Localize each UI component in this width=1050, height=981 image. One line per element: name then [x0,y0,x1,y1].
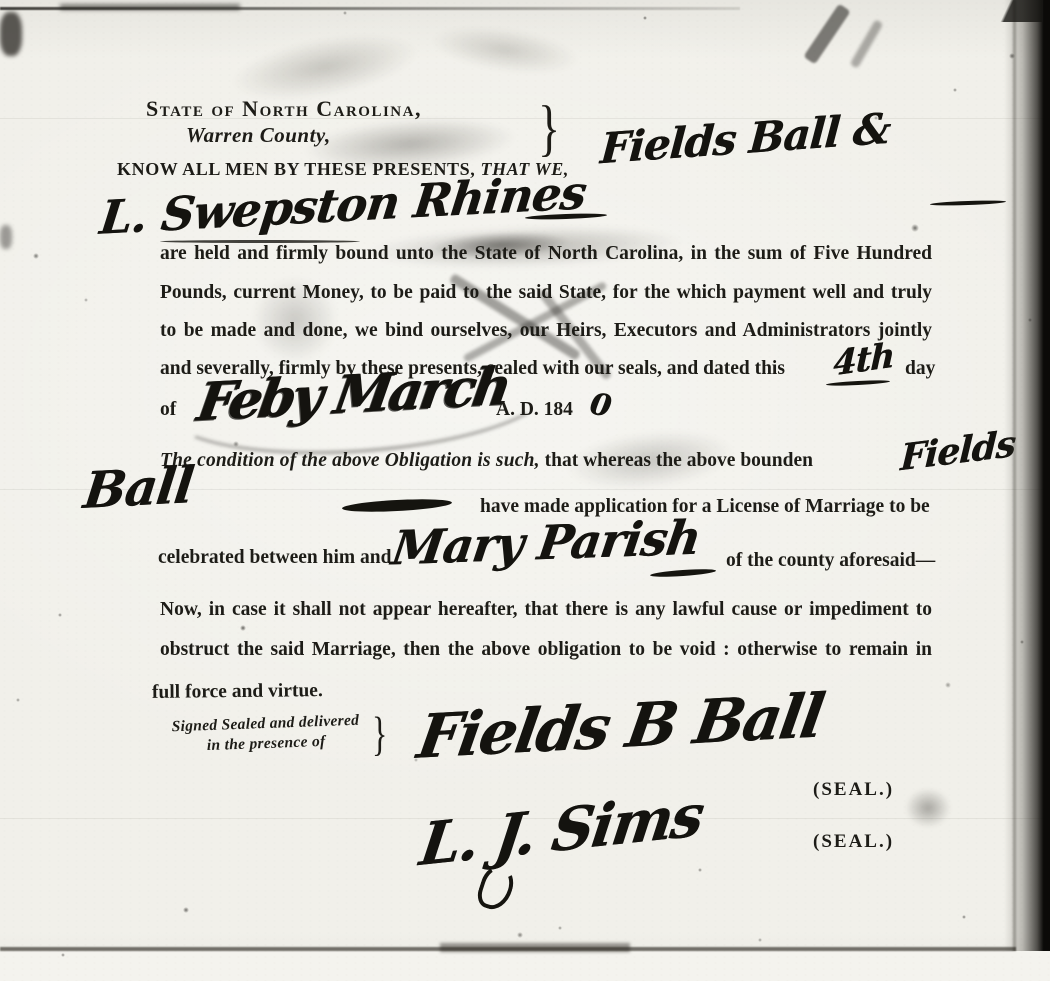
scan-bottom-edge-blot [440,943,630,952]
marriage-bond-scan: State of North Carolina, Warren County, … [0,0,1050,981]
condition-line-6: full force and virtue. [152,680,323,704]
edge-blot [0,12,22,56]
handwritten-day: 4th [833,335,895,384]
stray-pen-stroke [803,4,850,65]
bond-line-3: to be made and done, we bind ourselves, … [160,320,932,342]
edge-blot [0,225,12,249]
ink-blot [905,788,951,828]
attestation-line-2: in the presence of [172,731,360,758]
stray-pen-stroke [850,19,884,69]
attestation-block: Signed Sealed and delivered in the prese… [171,711,360,758]
condition-line-1-rest: that whereas the above bounden [545,450,813,471]
bond-line-2: Pounds, current Money, to be paid to the… [160,282,932,304]
signature-fields-b-ball: Fields B Ball [413,681,827,773]
condition-line-2: have made application for a License of M… [480,496,930,518]
handwritten-flourish-dash [650,568,716,579]
county-heading: Warren County, [186,123,331,148]
handwritten-groom-last: Ball [80,455,196,520]
seal-text-1: (SEAL.) [813,779,894,801]
handwritten-bride: Mary Parish [388,510,703,576]
scan-right-edge [1004,0,1050,981]
handwritten-year-digit: 0 [587,387,613,425]
condition-line-5: obstruct the said Marriage, then the abo… [160,639,932,661]
condition-line-4: Now, in case it shall not appear hereaft… [160,599,932,621]
bond-line-1: are held and firmly bound unto the State… [160,243,932,265]
bond-line-5-ad: A. D. 184 [496,399,573,421]
scan-top-edge-blot [60,4,240,10]
seal-text-2: (SEAL.) [813,831,894,853]
condition-line-3-start: celebrated between him and [158,547,391,569]
heading-brace: } [538,92,560,164]
handwritten-bondsman-1: Fields Ball & [599,104,892,174]
handwritten-dash [930,200,1006,207]
ghost-ink-smudge [428,18,583,82]
condition-line-1: The condition of the above Obligation is… [160,450,813,472]
condition-lead-emphasis: The condition of the above Obligation is… [160,450,540,471]
handwritten-heavy-dash [342,497,452,514]
scan-corner [972,0,1042,22]
handwritten-groom-first: Fields [899,423,1016,480]
state-heading: State of North Carolina, [146,96,422,122]
paper-below-edge [0,951,1050,981]
condition-line-3-end: of the county aforesaid— [726,550,935,572]
bond-line-4-end: day [905,358,935,380]
attestation-brace: } [372,706,387,762]
signature-l-j-sims: L. J. Sims [416,781,707,880]
bond-line-5-of: of [160,399,176,421]
